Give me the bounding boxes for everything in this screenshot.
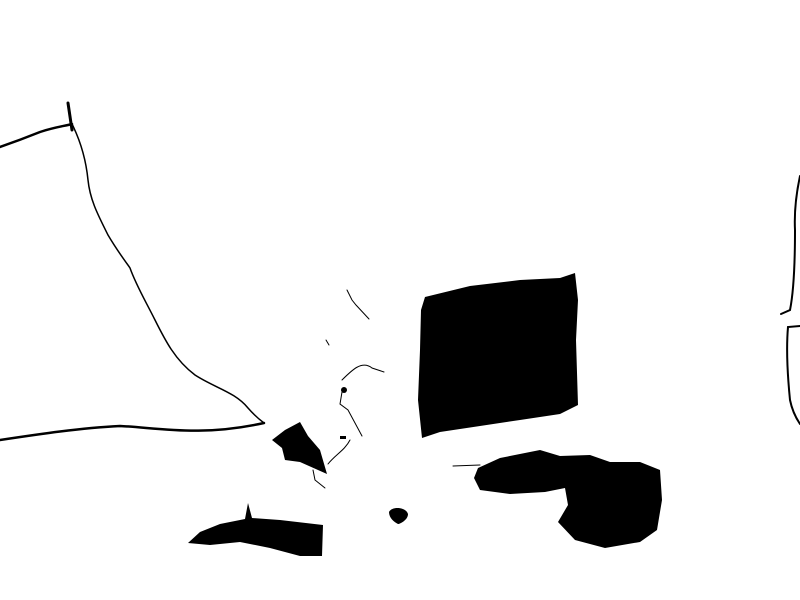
small-dot <box>341 387 347 393</box>
blobs <box>188 273 662 556</box>
right-lower-blob <box>474 450 662 548</box>
binarized-image <box>0 0 800 600</box>
mask-drawing <box>0 0 800 600</box>
bottom-left-blob <box>188 503 323 556</box>
large-square-blob <box>418 273 578 438</box>
small-tick <box>340 436 346 439</box>
outline-strokes <box>0 103 800 488</box>
small-round-blob <box>389 508 408 524</box>
small-left-blob <box>272 422 327 474</box>
